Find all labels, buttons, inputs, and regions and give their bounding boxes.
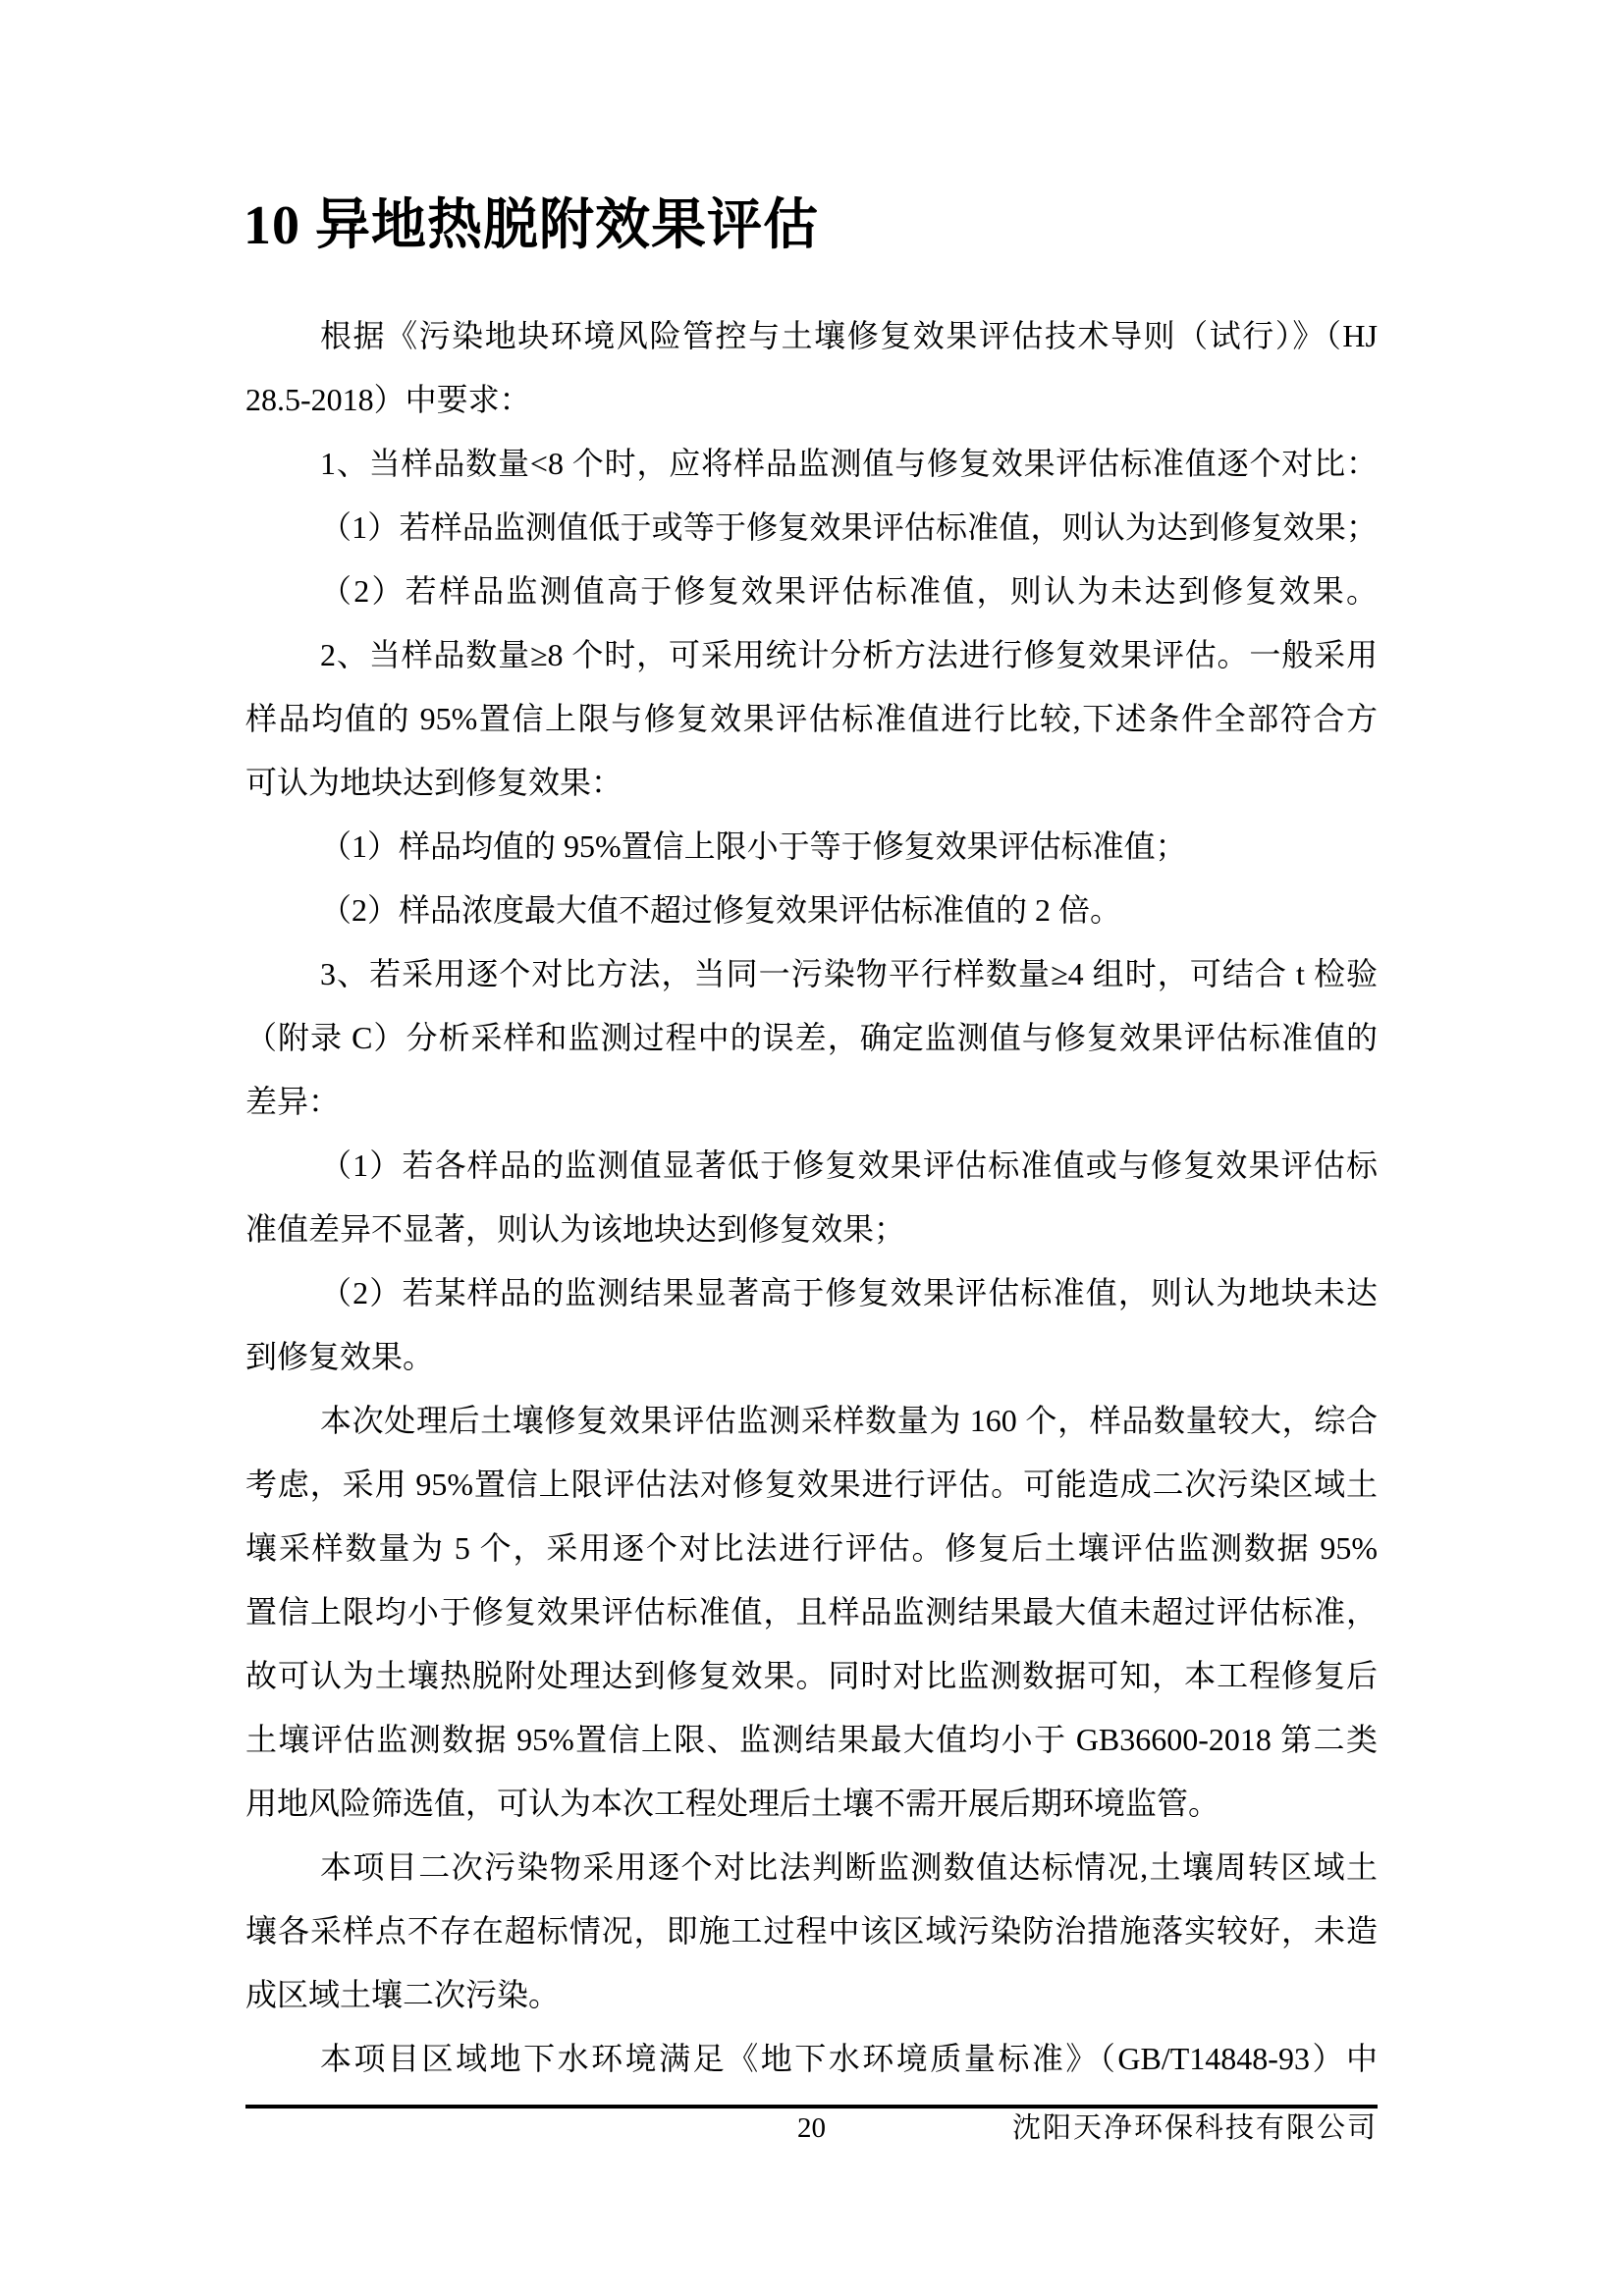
paragraph-line: 样品均值的 95%置信上限与修复效果评估标准值进行比较,下述条件全部符合方 xyxy=(245,687,1378,751)
paragraph-line: 用地风险筛选值，可认为本次工程处理后土壤不需开展后期环境监管。 xyxy=(245,1772,1378,1836)
paragraph-line: （1）样品均值的 95%置信上限小于等于修复效果评估标准值； xyxy=(245,815,1378,879)
paragraph-line: 壤采样数量为 5 个，采用逐个对比法进行评估。修复后土壤评估监测数据 95% xyxy=(245,1517,1378,1580)
section-heading: 10 异地热脱附效果评估 xyxy=(244,194,1379,257)
footer-company-name: 沈阳天净环保科技有限公司 xyxy=(1012,2110,1378,2146)
paragraph-line: 本次处理后土壤修复效果评估监测采样数量为 160 个，样品数量较大，综合 xyxy=(245,1389,1378,1453)
paragraph-line: 到修复效果。 xyxy=(245,1325,1378,1389)
paragraph-line: 3、若采用逐个对比方法，当同一污染物平行样数量≥4 组时，可结合 t 检验 xyxy=(245,942,1378,1006)
paragraph-line: （2）若样品监测值高于修复效果评估标准值，则认为未达到修复效果。 xyxy=(245,560,1378,623)
paragraph-line: 考虑，采用 95%置信上限评估法对修复效果进行评估。可能造成二次污染区域土 xyxy=(245,1453,1378,1517)
paragraph-line: 差异： xyxy=(245,1070,1378,1134)
paragraph-line: 成区域土壤二次污染。 xyxy=(245,1963,1378,2027)
paragraph-line: （2）若某样品的监测结果显著高于修复效果评估标准值，则认为地块未达 xyxy=(245,1261,1378,1325)
paragraph-line: 1、当样品数量<8 个时，应将样品监测值与修复效果评估标准值逐个对比： xyxy=(245,432,1378,496)
paragraph-line: （2）样品浓度最大值不超过修复效果评估标准值的 2 倍。 xyxy=(245,879,1378,942)
paragraph-line: （1）若样品监测值低于或等于修复效果评估标准值，则认为达到修复效果； xyxy=(245,496,1378,560)
page-footer: 20 沈阳天净环保科技有限公司 xyxy=(245,2110,1378,2146)
paragraph-line: 本项目区域地下水环境满足《地下水环境质量标准》（GB/T14848-93）中 xyxy=(245,2027,1378,2091)
paragraph-line: （1）若各样品的监测值显著低于修复效果评估标准值或与修复效果评估标 xyxy=(245,1134,1378,1198)
paragraph-line: 准值差异不显著，则认为该地块达到修复效果； xyxy=(245,1198,1378,1261)
paragraph-line: 故可认为土壤热脱附处理达到修复效果。同时对比监测数据可知，本工程修复后 xyxy=(245,1644,1378,1708)
paragraph-line: 根据《污染地块环境风险管控与土壤修复效果评估技术导则（试行）》（HJ xyxy=(245,304,1378,368)
paragraph-line: 土壤评估监测数据 95%置信上限、监测结果最大值均小于 GB36600-2018… xyxy=(245,1708,1378,1772)
footer-divider xyxy=(245,2105,1378,2109)
document-page: 10 异地热脱附效果评估 根据《污染地块环境风险管控与土壤修复效果评估技术导则（… xyxy=(0,0,1624,2296)
paragraph-line: （附录 C）分析采样和监测过程中的误差，确定监测值与修复效果评估标准值的 xyxy=(245,1006,1378,1070)
paragraph-line: 28.5-2018）中要求： xyxy=(245,368,1378,432)
paragraph-line: 本项目二次污染物采用逐个对比法判断监测数值达标情况,土壤周转区域土 xyxy=(245,1836,1378,1899)
body-text: 根据《污染地块环境风险管控与土壤修复效果评估技术导则（试行）》（HJ28.5-2… xyxy=(245,304,1378,2091)
paragraph-line: 可认为地块达到修复效果： xyxy=(245,751,1378,815)
paragraph-line: 2、当样品数量≥8 个时，可采用统计分析方法进行修复效果评估。一般采用 xyxy=(245,623,1378,687)
paragraph-line: 置信上限均小于修复效果评估标准值，且样品监测结果最大值未超过评估标准， xyxy=(245,1580,1378,1644)
paragraph-line: 壤各采样点不存在超标情况，即施工过程中该区域污染防治措施落实较好，未造 xyxy=(245,1899,1378,1963)
